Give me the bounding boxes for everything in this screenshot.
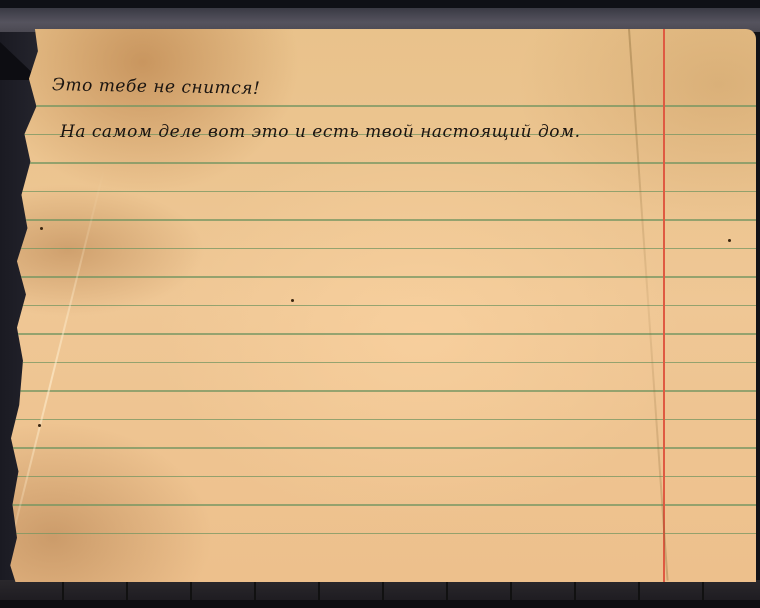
paper-speck <box>40 227 43 230</box>
note-text-line-1: Это тебе не снится! <box>52 75 261 99</box>
paper-speck <box>38 424 41 427</box>
ruled-line <box>8 419 756 421</box>
top-dark-band <box>0 0 760 8</box>
ruled-line <box>8 504 756 506</box>
ruled-line <box>8 390 756 392</box>
ruled-line <box>8 219 756 221</box>
ruled-line <box>8 105 756 107</box>
ruled-line <box>8 476 756 478</box>
ruled-line <box>8 162 756 164</box>
ruled-line <box>8 533 756 535</box>
note-paper[interactable]: Это тебе не снится! На самом деле вот эт… <box>8 29 756 582</box>
ruled-line <box>8 362 756 364</box>
ruled-line <box>8 447 756 449</box>
bottom-dark-band <box>0 600 760 608</box>
paper-speck <box>291 299 294 302</box>
ruled-line <box>8 333 756 335</box>
ruled-line <box>8 191 756 193</box>
background-wall <box>0 8 760 32</box>
red-margin-line <box>663 29 665 582</box>
paper-speck <box>728 239 731 242</box>
ruled-line <box>8 276 756 278</box>
ruled-line <box>8 305 756 307</box>
note-text-line-2: На самом деле вот это и есть твой настоя… <box>60 122 581 142</box>
